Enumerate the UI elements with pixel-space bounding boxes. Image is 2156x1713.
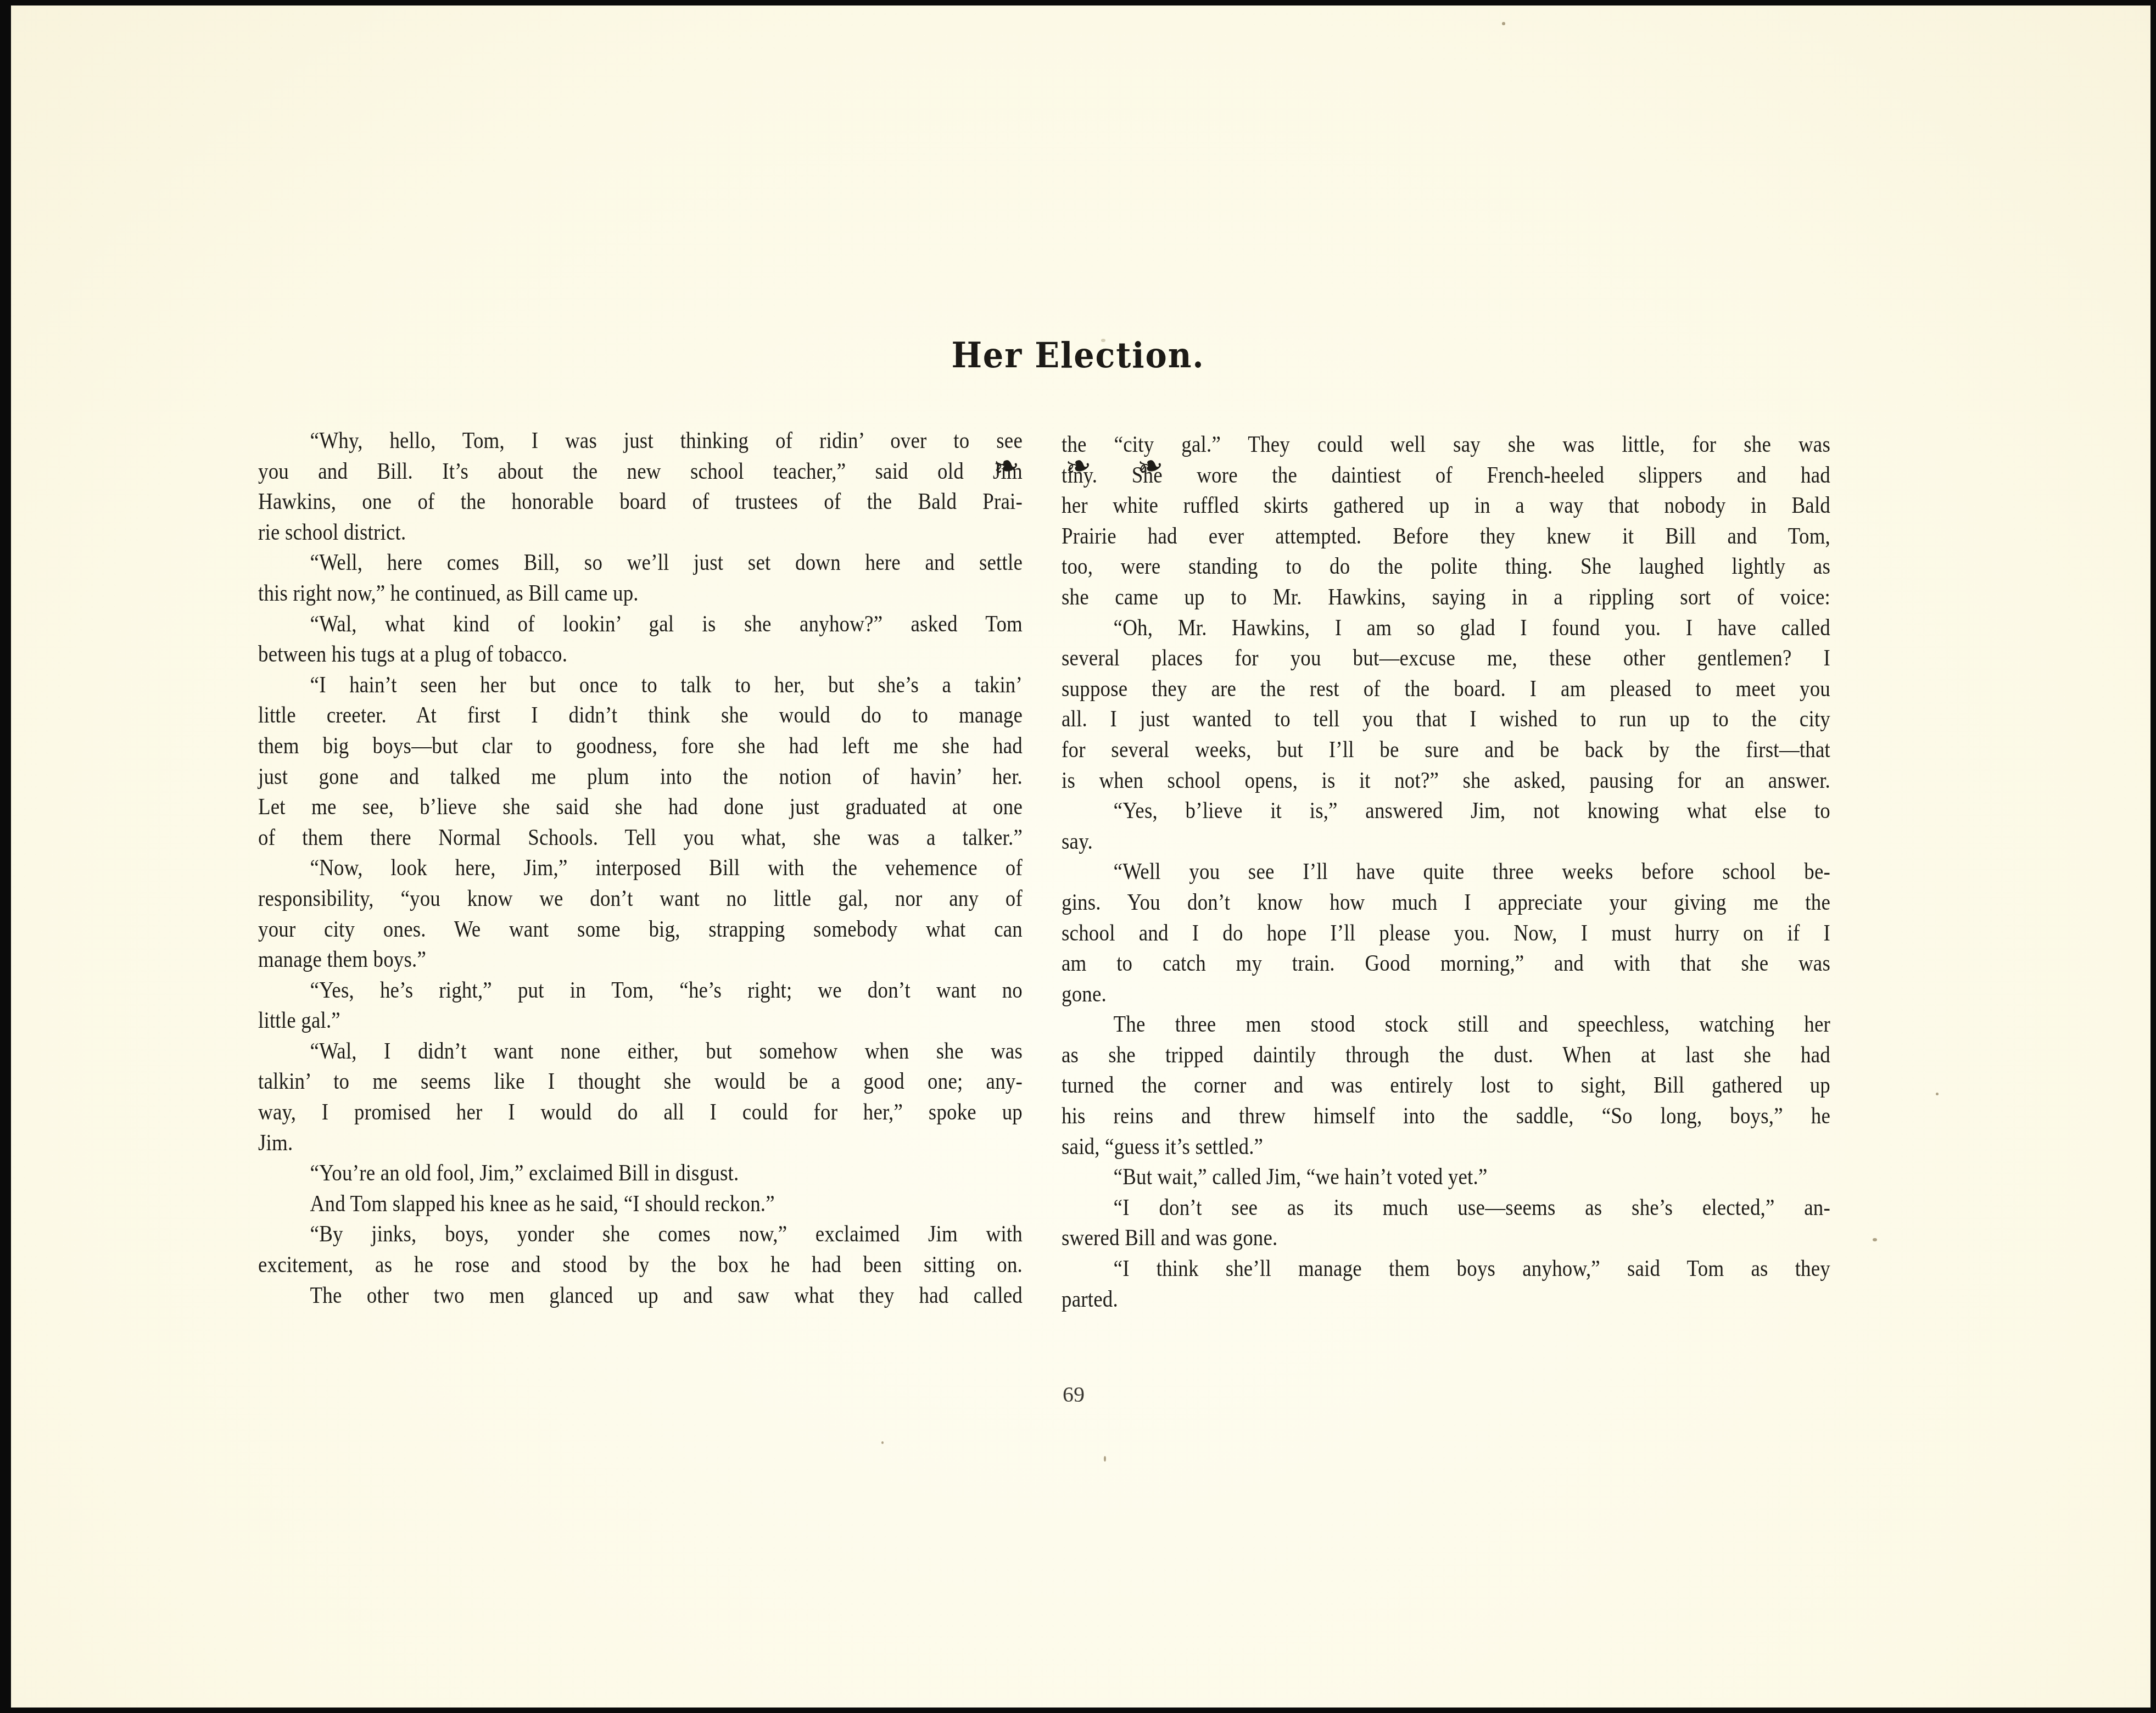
text-line: little creeter. At first I didn’t think … — [258, 700, 1023, 731]
text-line: of them there Normal Schools. Tell you w… — [258, 822, 1023, 853]
text-line: The other two men glanced up and saw wha… — [258, 1280, 1023, 1311]
text-line: turned the corner and was entirely lost … — [1062, 1070, 1830, 1101]
text-line: between his tugs at a plug of tobacco. — [258, 639, 1023, 670]
text-line: “Oh, Mr. Hawkins, I am so glad I found y… — [1062, 613, 1830, 643]
text-line-content: “Well, here comes Bill, so we’ll just se… — [258, 547, 1023, 578]
text-line: her white ruffled skirts gathered up in … — [1062, 490, 1830, 521]
text-line: “I don’t see as its much use—seems as sh… — [1062, 1193, 1830, 1223]
text-line: excitement, as he rose and stood by the … — [258, 1250, 1023, 1280]
text-line-content: his reins and threw himself into the sad… — [1062, 1101, 1830, 1132]
text-line: Jim. — [258, 1128, 1023, 1158]
text-line: you and Bill. It’s about the new school … — [258, 456, 1023, 487]
text-line: “I think she’ll manage them boys anyhow,… — [1062, 1253, 1830, 1284]
text-line: rie school district. — [258, 517, 1023, 548]
text-line: “Why, hello, Tom, I was just thinking of… — [258, 426, 1023, 456]
text-line-content: several places for you but—excuse me, th… — [1062, 643, 1830, 674]
text-line-content: turned the corner and was entirely lost … — [1062, 1070, 1830, 1101]
text-line: them big boys—but clar to goodness, fore… — [258, 731, 1023, 762]
text-line-content: rie school district. — [258, 517, 1023, 548]
text-line: “Wal, what kind of lookin’ gal is she an… — [258, 609, 1023, 640]
text-line-content: this right now,” he continued, as Bill c… — [258, 578, 1023, 609]
text-line-content: “Well you see I’ll have quite three week… — [1062, 857, 1830, 887]
text-line-content: said, “guess it’s settled.” — [1062, 1132, 1830, 1162]
text-line-content: just gone and talked me plum into the no… — [258, 762, 1023, 792]
text-line: “Yes, b’lieve it is,” answered Jim, not … — [1062, 796, 1830, 826]
text-line-content: “I think she’ll manage them boys anyhow,… — [1062, 1253, 1830, 1284]
paper-speck — [1502, 22, 1505, 25]
text-line: Prairie had ever attempted. Before they … — [1062, 521, 1830, 552]
text-line: all. I just wanted to tell you that I wi… — [1062, 704, 1830, 735]
text-line-content: responsibility, “you know we don’t want … — [258, 883, 1023, 914]
text-line: am to catch my train. Good morning,” and… — [1062, 948, 1830, 979]
text-line-content: “Yes, he’s right,” put in Tom, “he’s rig… — [258, 975, 1023, 1006]
text-line-content: school and I do hope I’ll please you. No… — [1062, 918, 1830, 949]
paper-speck — [1873, 1238, 1877, 1241]
text-line-content: “You’re an old fool, Jim,” exclaimed Bil… — [258, 1158, 1023, 1189]
text-line-content: “But wait,” called Jim, “we hain’t voted… — [1062, 1162, 1830, 1193]
text-line-content: talkin’ to me seems like I thought she w… — [258, 1066, 1023, 1097]
text-line-content: gone. — [1062, 979, 1830, 1010]
text-line-content: Let me see, b’lieve she said she had don… — [258, 792, 1023, 822]
text-line: little gal.” — [258, 1005, 1023, 1036]
text-line: “You’re an old fool, Jim,” exclaimed Bil… — [258, 1158, 1023, 1189]
text-line-content: “Yes, b’lieve it is,” answered Jim, not … — [1062, 796, 1830, 826]
text-line-content: you and Bill. It’s about the new school … — [258, 456, 1023, 487]
text-line: “Well, here comes Bill, so we’ll just se… — [258, 547, 1023, 578]
text-line-content: “I don’t see as its much use—seems as sh… — [1062, 1193, 1830, 1223]
paper-speck — [881, 1441, 884, 1444]
text-line: way, I promised her I would do all I cou… — [258, 1097, 1023, 1128]
text-line: this right now,” he continued, as Bill c… — [258, 578, 1023, 609]
text-line: gone. — [1062, 979, 1830, 1010]
text-line-content: am to catch my train. Good morning,” and… — [1062, 948, 1830, 979]
text-line: as she tripped daintily through the dust… — [1062, 1040, 1830, 1071]
chapter-title: Her Election. — [86, 335, 2070, 376]
text-line-content: as she tripped daintily through the dust… — [1062, 1040, 1830, 1071]
text-line-content: “Why, hello, Tom, I was just thinking of… — [258, 426, 1023, 456]
page-number: 69 — [0, 1381, 2147, 1407]
text-line: school and I do hope I’ll please you. No… — [1062, 918, 1830, 949]
text-line: his reins and threw himself into the sad… — [1062, 1101, 1830, 1132]
text-line: suppose they are the rest of the board. … — [1062, 674, 1830, 704]
text-line-content: she came up to Mr. Hawkins, saying in a … — [1062, 582, 1830, 613]
text-line-content: Jim. — [258, 1128, 1023, 1158]
text-line: talkin’ to me seems like I thought she w… — [258, 1066, 1023, 1097]
text-line-content: is when school opens, is it not?” she as… — [1062, 765, 1830, 796]
text-line-content: “Wal, what kind of lookin’ gal is she an… — [258, 609, 1023, 640]
text-line: And Tom slapped his knee as he said, “I … — [258, 1189, 1023, 1219]
text-line: too, were standing to do the polite thin… — [1062, 551, 1830, 582]
text-line-content: tiny. She wore the daintiest of French-h… — [1062, 460, 1830, 491]
text-line-content: parted. — [1062, 1284, 1830, 1315]
text-line-content: Hawkins, one of the honorable board of t… — [258, 486, 1023, 517]
text-line-content: gins. You don’t know how much I apprecia… — [1062, 887, 1830, 918]
text-line-content: way, I promised her I would do all I cou… — [258, 1097, 1023, 1128]
text-line-content: say. — [1062, 826, 1830, 857]
text-line-content: “Now, look here, Jim,” interposed Bill w… — [258, 853, 1023, 883]
paper-speck — [1104, 1456, 1106, 1462]
text-line: she came up to Mr. Hawkins, saying in a … — [1062, 582, 1830, 613]
text-line-content: The three men stood stock still and spee… — [1062, 1009, 1830, 1040]
text-line: swered Bill and was gone. — [1062, 1223, 1830, 1253]
text-line-content: “Oh, Mr. Hawkins, I am so glad I found y… — [1062, 613, 1830, 643]
text-line: responsibility, “you know we don’t want … — [258, 883, 1023, 914]
text-line-content: suppose they are the rest of the board. … — [1062, 674, 1830, 704]
text-line: just gone and talked me plum into the no… — [258, 762, 1023, 792]
text-line-content: “By jinks, boys, yonder she comes now,” … — [258, 1219, 1023, 1250]
paper-speck — [1101, 339, 1105, 342]
text-line-content: excitement, as he rose and stood by the … — [258, 1250, 1023, 1280]
text-line: The three men stood stock still and spee… — [1062, 1009, 1830, 1040]
text-line: the “city gal.” They could well say she … — [1062, 429, 1830, 460]
text-line: for several weeks, but I’ll be sure and … — [1062, 735, 1830, 765]
text-line: say. — [1062, 826, 1830, 857]
text-line-content: “Wal, I didn’t want none either, but som… — [258, 1036, 1023, 1067]
text-line: is when school opens, is it not?” she as… — [1062, 765, 1830, 796]
text-line: “But wait,” called Jim, “we hain’t voted… — [1062, 1162, 1830, 1193]
text-line-content: her white ruffled skirts gathered up in … — [1062, 490, 1830, 521]
text-line: “Yes, he’s right,” put in Tom, “he’s rig… — [258, 975, 1023, 1006]
text-line: manage them boys.” — [258, 944, 1023, 975]
text-line-content: your city ones. We want some big, strapp… — [258, 914, 1023, 945]
text-line: your city ones. We want some big, strapp… — [258, 914, 1023, 945]
text-line-content: all. I just wanted to tell you that I wi… — [1062, 704, 1830, 735]
text-line: Hawkins, one of the honorable board of t… — [258, 486, 1023, 517]
text-line-content: too, were standing to do the polite thin… — [1062, 551, 1830, 582]
text-line: tiny. She wore the daintiest of French-h… — [1062, 460, 1830, 491]
text-line-content: little gal.” — [258, 1005, 1023, 1036]
text-line-content: And Tom slapped his knee as he said, “I … — [258, 1189, 1023, 1219]
text-line-content: The other two men glanced up and saw wha… — [258, 1280, 1023, 1311]
text-line-content: swered Bill and was gone. — [1062, 1223, 1830, 1253]
text-line-content: “I hain’t seen her but once to talk to h… — [258, 670, 1023, 701]
text-line: said, “guess it’s settled.” — [1062, 1132, 1830, 1162]
text-line: Let me see, b’lieve she said she had don… — [258, 792, 1023, 822]
text-line-content: little creeter. At first I didn’t think … — [258, 700, 1023, 731]
paper-speck — [1936, 1093, 1939, 1095]
text-column-left: “Why, hello, Tom, I was just thinking of… — [258, 426, 1023, 1311]
text-line: “By jinks, boys, yonder she comes now,” … — [258, 1219, 1023, 1250]
text-line-content: between his tugs at a plug of tobacco. — [258, 639, 1023, 670]
text-line: “I hain’t seen her but once to talk to h… — [258, 670, 1023, 701]
text-line-content: them big boys—but clar to goodness, fore… — [258, 731, 1023, 762]
text-column-right: the “city gal.” They could well say she … — [1062, 429, 1830, 1314]
text-line-content: manage them boys.” — [258, 944, 1023, 975]
text-line: parted. — [1062, 1284, 1830, 1315]
text-line: several places for you but—excuse me, th… — [1062, 643, 1830, 674]
text-line-content: the “city gal.” They could well say she … — [1062, 429, 1830, 460]
text-line: “Wal, I didn’t want none either, but som… — [258, 1036, 1023, 1067]
text-line-content: for several weeks, but I’ll be sure and … — [1062, 735, 1830, 765]
text-line: “Well you see I’ll have quite three week… — [1062, 857, 1830, 887]
text-line: “Now, look here, Jim,” interposed Bill w… — [258, 853, 1023, 883]
text-line: gins. You don’t know how much I apprecia… — [1062, 887, 1830, 918]
text-line-content: Prairie had ever attempted. Before they … — [1062, 521, 1830, 552]
text-line-content: of them there Normal Schools. Tell you w… — [258, 822, 1023, 853]
